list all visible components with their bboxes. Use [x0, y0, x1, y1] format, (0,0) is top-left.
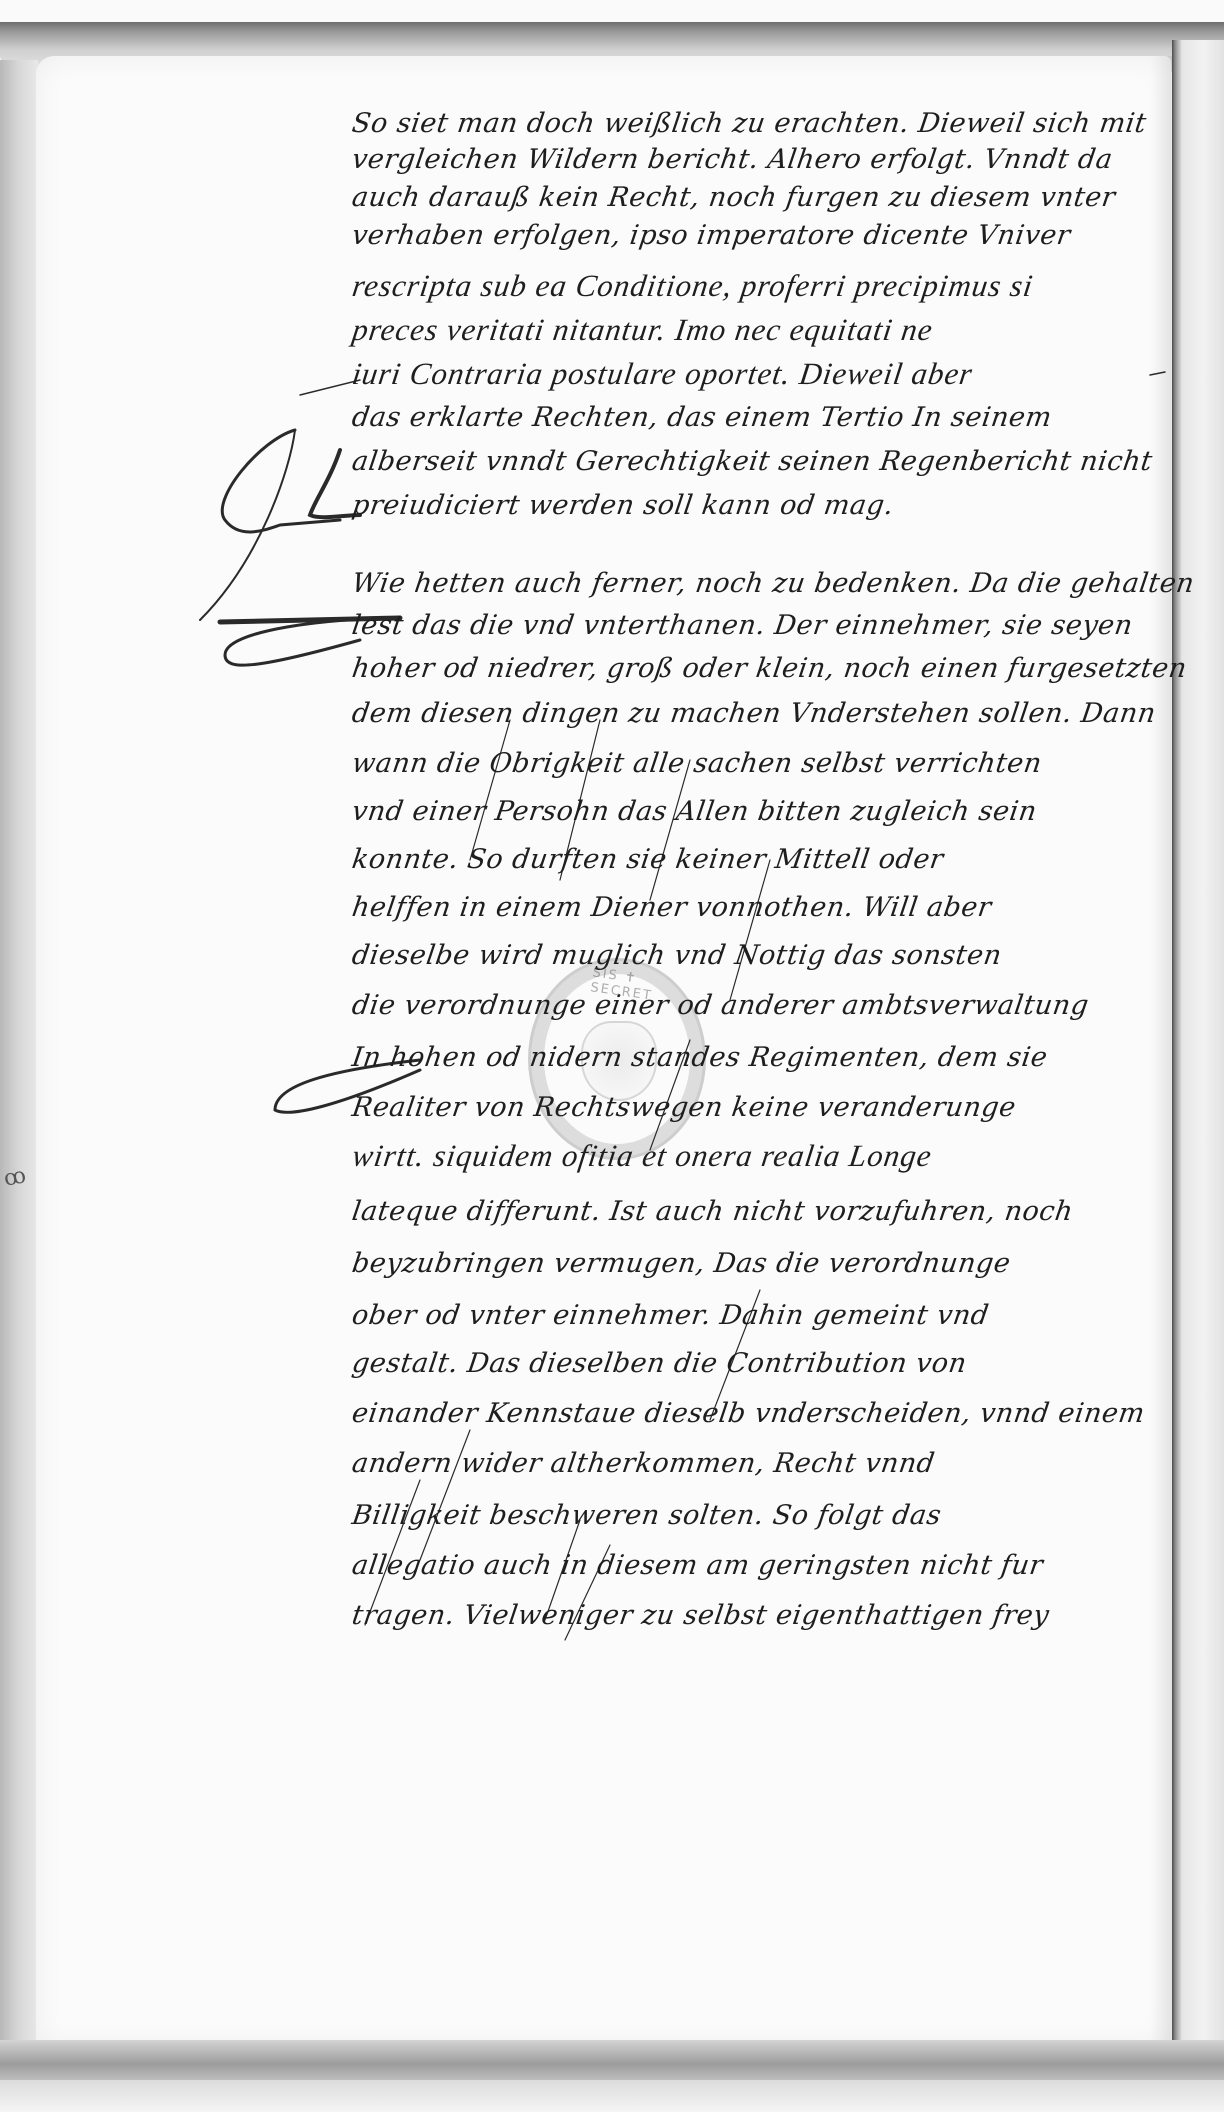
manuscript-line: beyzubringen vermugen, Das die verordnun… — [350, 1248, 1013, 1279]
manuscript-line: konnte. So durften sie keiner Mittell od… — [350, 844, 946, 875]
manuscript-line-latin: iuri Contraria postulare oportet. Diewei… — [350, 356, 975, 392]
manuscript-line: hoher od niedrer, groß oder klein, noch … — [350, 653, 1189, 684]
manuscript-line: So siet man doch weißlich zu erachten. D… — [350, 108, 1148, 139]
page-left-edge — [0, 60, 38, 2050]
manuscript-line: die verordnunge einer od anderer ambtsve… — [350, 990, 1091, 1021]
manuscript-line: Billigkeit beschweren solten. So folgt d… — [350, 1500, 943, 1531]
margin-scrap-note: ꝏ — [2, 1163, 28, 1191]
gutter-shadow — [1150, 56, 1172, 2046]
manuscript-line: dem diesen dingen zu machen Vnderstehen … — [350, 698, 1158, 729]
manuscript-line: Wie hetten auch ferner, noch zu bedenken… — [350, 568, 1196, 599]
adjacent-leaf — [1172, 40, 1224, 2070]
manuscript-line: dieselbe wird muglich vnd Nottig das son… — [350, 940, 1004, 971]
manuscript-line: preiudiciert werden soll kann od mag. — [350, 490, 896, 521]
manuscript-line: allegatio auch in diesem am geringsten n… — [350, 1550, 1045, 1581]
manuscript-line: Realiter von Rechtswegen keine veranderu… — [350, 1092, 1018, 1123]
manuscript-line: lateque differunt. Ist auch nicht vorzuf… — [350, 1196, 1075, 1227]
manuscript-line: alberseit vnndt Gerechtigkeit seinen Reg… — [350, 446, 1154, 477]
manuscript-line: andern wider altherkommen, Recht vnnd — [350, 1448, 937, 1479]
manuscript-line: das erklarte Rechten, das einem Tertio I… — [350, 402, 1054, 433]
manuscript-line: tragen. Vielweniger zu selbst eigenthatt… — [350, 1600, 1051, 1631]
page-bottom-edge — [0, 2040, 1224, 2080]
manuscript-line: In hohen od nidern standes Regimenten, d… — [350, 1042, 1050, 1073]
manuscript-line: vnd einer Persohn das Allen bitten zugle… — [350, 796, 1039, 827]
manuscript-line: lest das die vnd vnterthanen. Der einneh… — [350, 610, 1135, 641]
manuscript-line-latin: rescripta sub ea Conditione, proferri pr… — [350, 268, 1036, 304]
manuscript-line: vergleichen Wildern bericht. Alhero erfo… — [350, 144, 1115, 175]
manuscript-line-latin: preces veritati nitantur. Imo nec equita… — [350, 312, 935, 348]
manuscript-line: gestalt. Das dieselben die Contribution … — [350, 1348, 969, 1379]
manuscript-line: ober od vnter einnehmer. Dahin gemeint v… — [350, 1300, 991, 1331]
manuscript-line-latin: wirtt. siquidem ofitia et onera realia L… — [350, 1138, 934, 1174]
manuscript-line: wann die Obrigkeit alle sachen selbst ve… — [350, 748, 1044, 779]
manuscript-line: auch darauß kein Recht, noch furgen zu d… — [350, 182, 1117, 213]
manuscript-line: verhaben erfolgen, ipso imperatore dicen… — [350, 220, 1072, 251]
bottom-shadow — [0, 2080, 1224, 2112]
manuscript-line: helffen in einem Diener vonnothen. Will … — [350, 892, 994, 923]
manuscript-line: einander Kennstaue dieselb vnderscheiden… — [350, 1398, 1147, 1429]
